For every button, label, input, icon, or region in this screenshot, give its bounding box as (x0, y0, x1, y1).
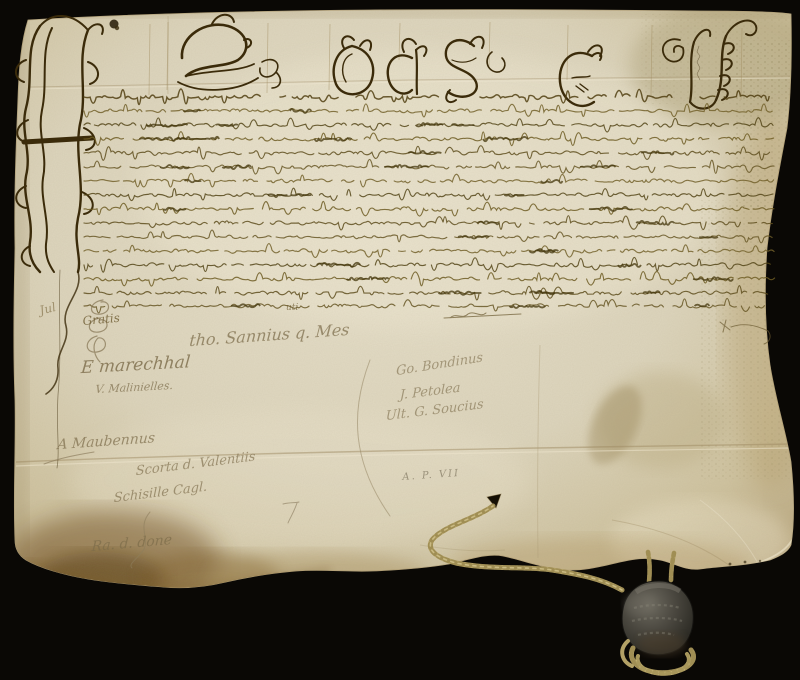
script-bold-word (699, 237, 718, 238)
photograph-of-parchment-charter: Jul Gratis uti A. P. VII tho. Sannius q.… (0, 0, 800, 680)
parchment-artwork (0, 0, 800, 680)
lead-seal (622, 581, 693, 656)
